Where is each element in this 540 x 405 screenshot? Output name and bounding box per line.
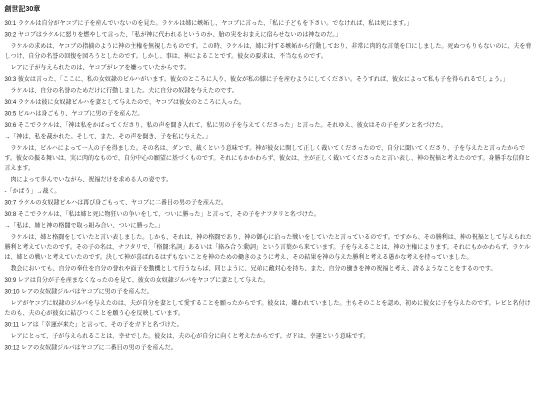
paragraph-verse: 30:7 ラケルの女奴隷ビルハは再び身ごもって、ヤコブに二番目の男の子を産んだ。 bbox=[5, 198, 536, 208]
paragraph-verse: 30:12 レアの女奴隷ジルパはヤコブに二番目の男の子を産んだ。 bbox=[5, 343, 536, 353]
paragraph-comment: 肉によって歩んでいながら、祝福だけを求める人の姿です。 bbox=[5, 175, 536, 185]
paragraph-verse: 30:4 ラケルは彼に女奴隷ビルハを妻として与えたので、ヤコブは彼女のところに入… bbox=[5, 97, 536, 107]
paragraph-verse: 30:10 レアの女奴隷ジルパはヤコブに男の子を産んだ。 bbox=[5, 287, 536, 297]
paragraph-verse: 30:2 ヤコブはラケルに怒りを燃やして言った、「私が神に代われるというのか、胎… bbox=[5, 30, 536, 40]
document-viewport: { "colors": { "background": "#ffffff", "… bbox=[0, 0, 540, 405]
document-title: 創世記30章 bbox=[5, 4, 536, 14]
paragraph-verse: 30:11 レアは「幸運が来た」と言って、その子をガドと名づけた。 bbox=[5, 320, 536, 330]
paragraph-verse: 30:1 ラケルは自分がヤコブに子を産んでいないのを見た。ラケルは姉に嫉妬し、ヤ… bbox=[5, 18, 536, 28]
paragraph-comment: ラケルは、自分の名誉のためだけに行動しました。夫に自分の奴隷を与えたのです。 bbox=[5, 86, 536, 96]
paragraph-verse: 30:6 そこでラケルは、「神は私をかばってくださり、私の声を聞き入れて、私に男… bbox=[5, 120, 536, 130]
paragraph-note-arrow: →「神は、私を裁かれた。そして、また、その声を聞き、子を私に与えた。」 bbox=[5, 132, 536, 142]
paragraph-comment: 教会においても、自分の奉仕を自分の誉れや面子を動機として行うならば、同じように、… bbox=[5, 264, 536, 274]
paragraph-comment: ラケルは、姉と格闘をしていたと言い表しました。しかも、それは、神の格闘であり、神… bbox=[5, 232, 536, 262]
document-body: 30:1 ラケルは自分がヤコブに子を産んでいないのを見た。ラケルは姉に嫉妬し、ヤ… bbox=[5, 18, 536, 353]
paragraph-verse: 30:8 そこでラケルは、「私は姉と死に物狂いの争いをして、ついに勝った」と言っ… bbox=[5, 209, 536, 219]
paragraph-verse: 30:3 彼女は言った、「ここに、私の女奴隷のビルハがいます。彼女のところに入り… bbox=[5, 74, 536, 84]
paragraph-comment: ラケルは、ビルハによって一人の子を得ました。その名は、ダンで、裁くという意味です… bbox=[5, 143, 536, 173]
document-page: 創世記30章 30:1 ラケルは自分がヤコブに子を産んでいないのを見た。ラケルは… bbox=[0, 0, 540, 405]
paragraph-comment: レアがヤコブに奴隷のジルパを与えたのは、夫が自分を妻として愛することを願ったから… bbox=[5, 298, 536, 318]
paragraph-note-dash: -「かばう」→裁く。 bbox=[5, 186, 536, 196]
paragraph-verse: 30:5 ビルハは身ごもり、ヤコブに男の子を産んだ。 bbox=[5, 109, 536, 119]
paragraph-comment: ラケルの求めは、ヤコブの指摘のように神の主権を無視したものです。この時、ラケルは… bbox=[5, 41, 536, 61]
paragraph-comment: レアに子が与えられたのは、ヤコブがレアを嫌っていたからです。 bbox=[5, 63, 536, 73]
paragraph-verse: 30:9 レアは自分が子を産まなくなったのを見て、彼女の女奴隷ジルパをヤコブに妻… bbox=[5, 275, 536, 285]
paragraph-note-arrow: →「私は、姉と神の格闘で取っ組み合い、ついに勝った。」 bbox=[5, 221, 536, 231]
paragraph-comment: レアにとって、子が与えられることは、幸せでした。彼女は、夫の心が自分に向くと考え… bbox=[5, 331, 536, 341]
